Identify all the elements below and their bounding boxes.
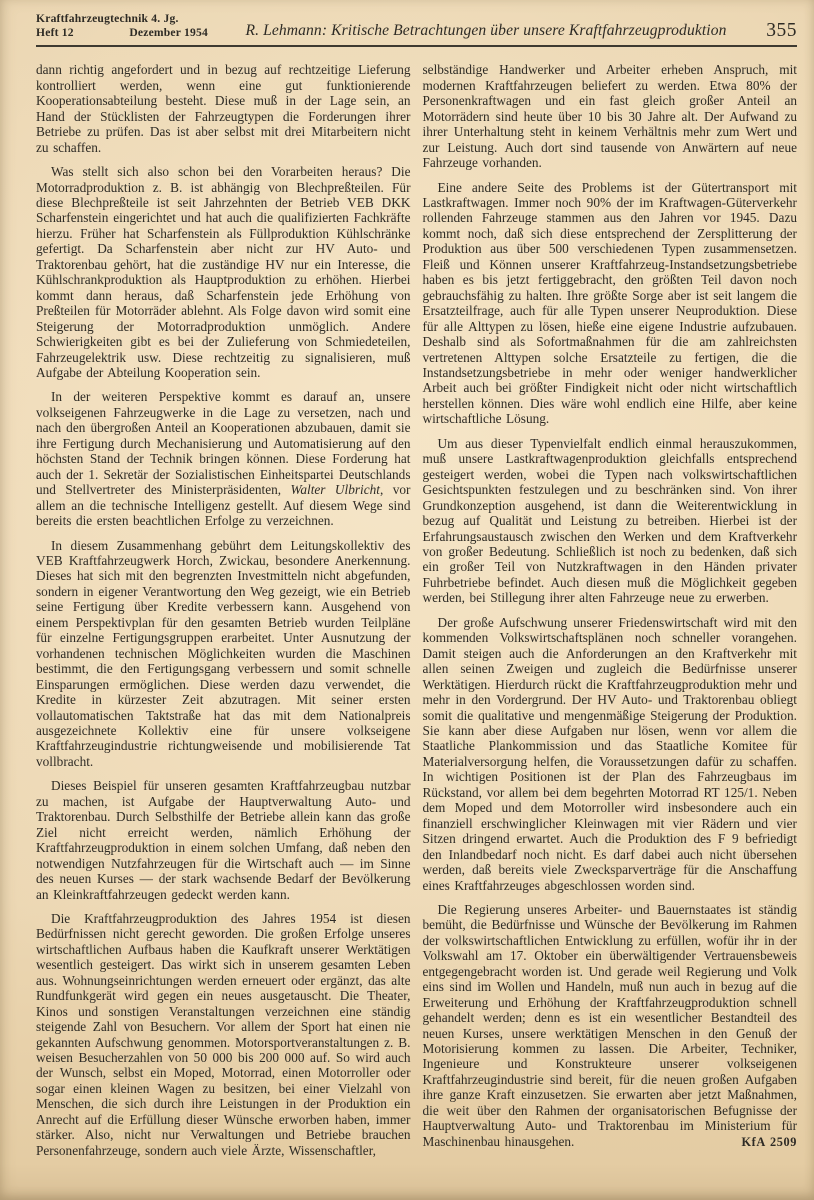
paragraph: Die Regierung unseres Arbeiter- und Baue… xyxy=(423,902,798,1149)
person-name: Walter Ulbricht xyxy=(291,482,380,497)
journal-info: Kraftfahrzeugtechnik 4. Jg. Heft 12 Deze… xyxy=(36,12,241,40)
right-column: selbständige Handwerker und Arbeiter erh… xyxy=(423,62,798,1167)
paragraph: Die Kraftfahrzeugproduktion des Jahres 1… xyxy=(36,911,411,1158)
paragraph: In diesem Zusammenhang gebührt dem Leitu… xyxy=(36,538,411,770)
paragraph: Was stellt sich also schon bei den Vorar… xyxy=(36,164,411,380)
journal-issue: Heft 12 xyxy=(36,26,74,40)
page-header: Kraftfahrzeugtechnik 4. Jg. Heft 12 Deze… xyxy=(36,12,797,40)
paragraph: Dieses Beispiel für unseren gesamten Kra… xyxy=(36,778,411,902)
journal-page: Kraftfahrzeugtechnik 4. Jg. Heft 12 Deze… xyxy=(0,0,814,1200)
journal-issue-line: Heft 12 Dezember 1954 xyxy=(36,26,208,40)
paragraph: dann richtig angefordert und in bezug au… xyxy=(36,62,411,155)
journal-date: Dezember 1954 xyxy=(129,26,208,40)
paragraph: In der weiteren Perspektive kommt es dar… xyxy=(36,389,411,528)
running-title: R. Lehmann: Kritische Betrachtungen über… xyxy=(241,22,731,40)
paragraph: Um aus dieser Typenvielfalt endlich einm… xyxy=(423,436,798,606)
paragraph: Eine andere Seite des Problems ist der G… xyxy=(423,180,798,427)
paragraph-segment: In der weiteren Perspektive kommt es dar… xyxy=(36,389,411,497)
left-column: dann richtig angefordert und in bezug au… xyxy=(36,62,411,1167)
page-number: 355 xyxy=(731,21,797,40)
journal-title: Kraftfahrzeugtechnik 4. Jg. xyxy=(36,12,241,26)
header-rule xyxy=(36,45,797,47)
paragraph-segment: Die Regierung unseres Arbeiter- und Baue… xyxy=(423,902,798,1149)
paragraph: Der große Aufschwung unserer Friedenswir… xyxy=(423,615,798,893)
article-signature: KfA 2509 xyxy=(726,1134,797,1150)
article-body: dann richtig angefordert und in bezug au… xyxy=(36,62,797,1167)
paragraph: selbständige Handwerker und Arbeiter erh… xyxy=(423,62,798,170)
